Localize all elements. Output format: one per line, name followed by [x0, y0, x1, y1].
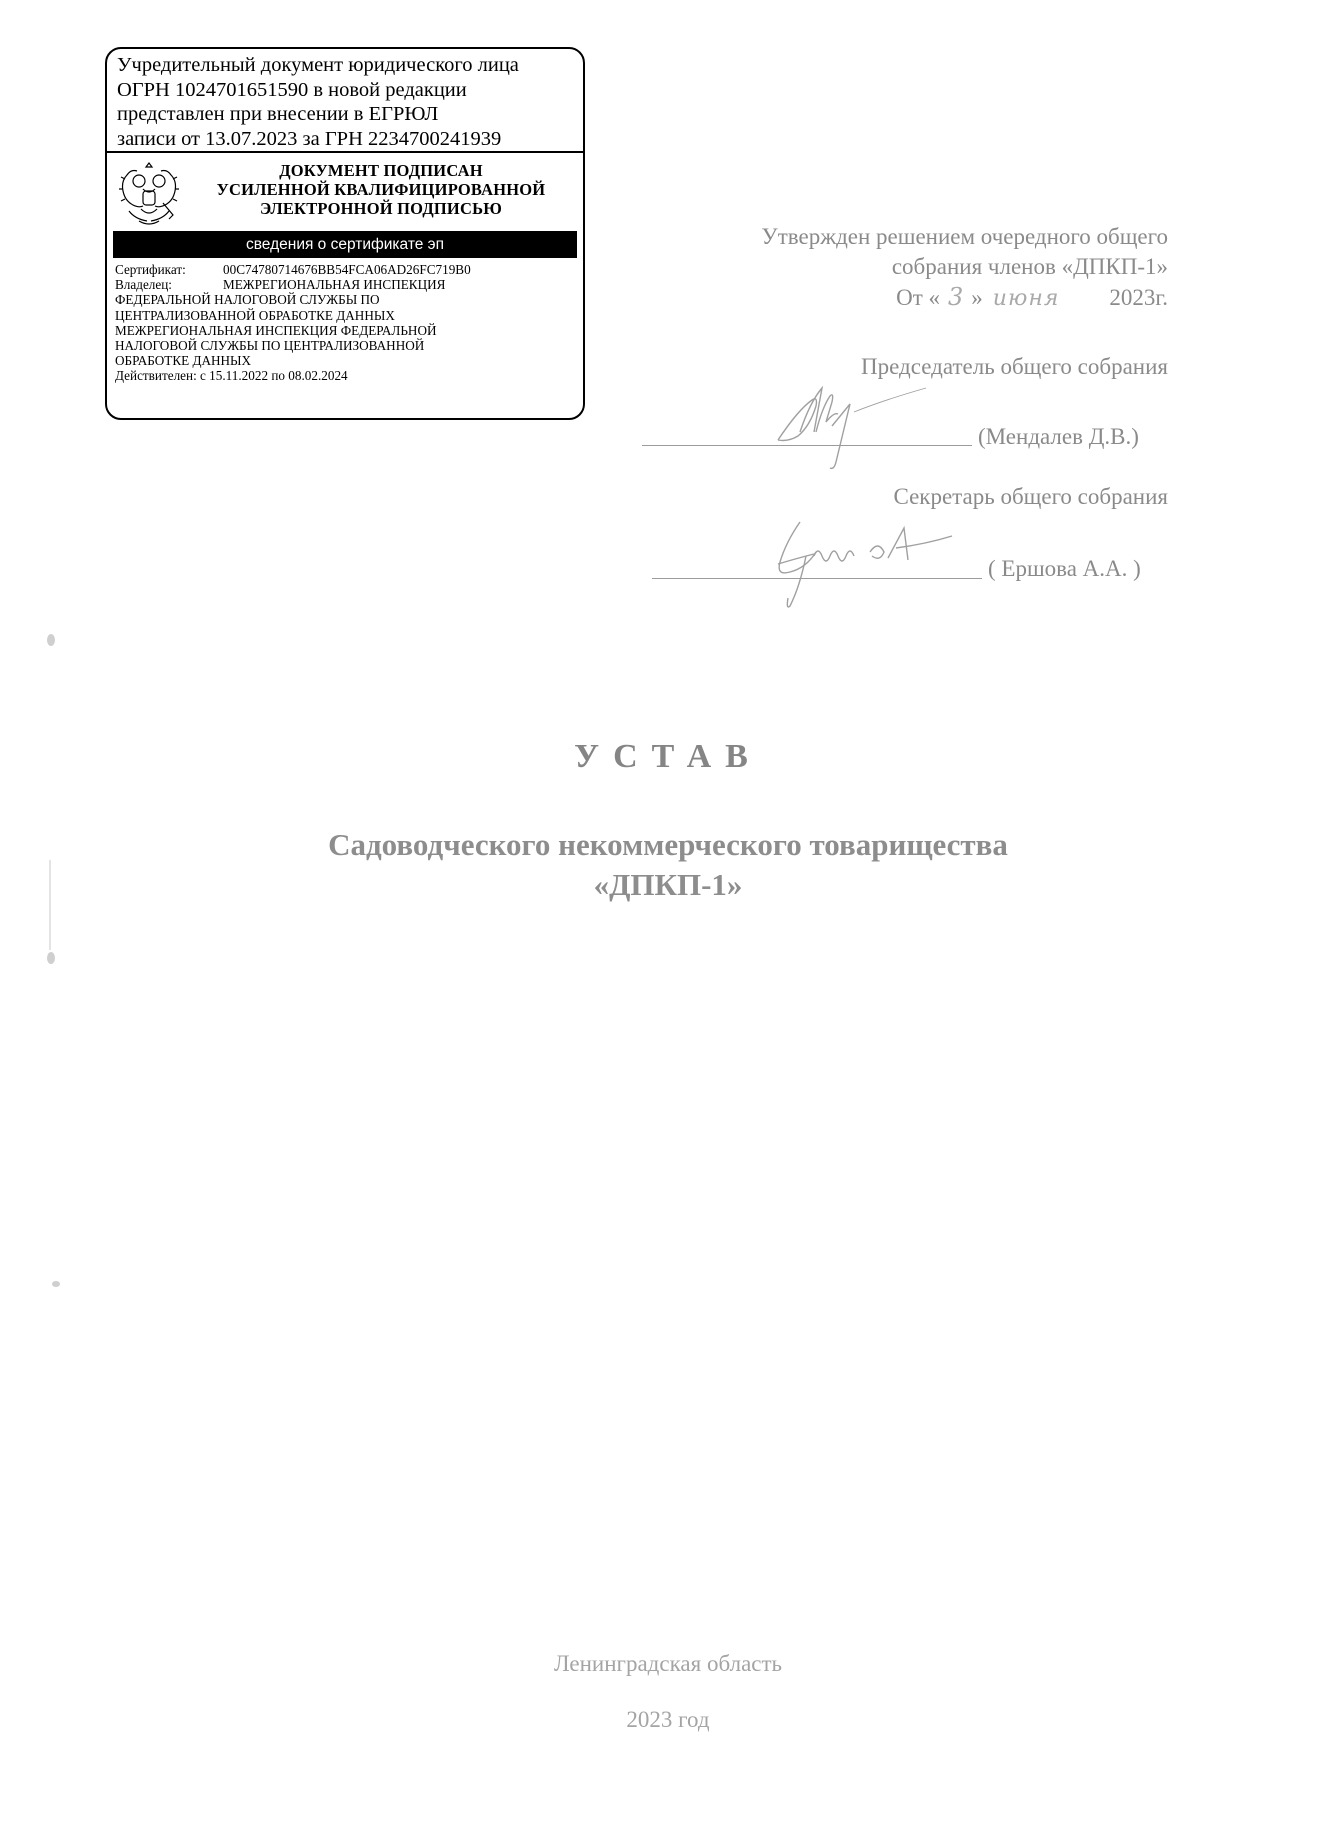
registration-line: записи от 13.07.2023 за ГРН 223470024193…	[117, 127, 575, 152]
signature-header: ДОКУМЕНТ ПОДПИСАН УСИЛЕННОЙ КВАЛИФИЦИРОВ…	[107, 153, 583, 231]
secretary-role: Секретарь общего собрания	[893, 484, 1168, 510]
certificate-details: Сертификат:00C74780714676BB54FCA06AD26FC…	[107, 258, 583, 384]
russian-coat-of-arms-icon	[115, 159, 183, 229]
chairman-role: Председатель общего собрания	[861, 354, 1168, 380]
secretary-name: ( Ершова А.А. )	[988, 556, 1141, 582]
approval-date: От «3»июня2023г.	[761, 282, 1168, 314]
document-subtitle: Садоводческого некоммерческого товарищес…	[0, 825, 1336, 905]
scan-speck	[52, 1281, 60, 1287]
scan-speck	[47, 952, 55, 964]
owner-label: Владелец:	[115, 277, 223, 292]
secretary-signature-icon	[770, 512, 980, 612]
certificate-value: 00C74780714676BB54FCA06AD26FC719B0	[223, 262, 471, 277]
approval-line: Утвержден решением очередного общего	[761, 222, 1168, 252]
approval-block: Утвержден решением очередного общего соб…	[761, 222, 1168, 314]
owner-line: ОБРАБОТКЕ ДАННЫХ	[115, 353, 575, 368]
document-title: УСТАВ	[0, 738, 1336, 776]
registration-stamp: Учредительный документ юридического лица…	[105, 47, 585, 420]
scan-speck	[49, 860, 51, 950]
certificate-band: сведения о сертификате эп	[113, 231, 577, 258]
handwritten-month: июня	[983, 286, 1110, 311]
owner-value: МЕЖРЕГИОНАЛЬНАЯ ИНСПЕКЦИЯ	[223, 277, 445, 292]
chairman-name: (Мендалев Д.В.)	[978, 424, 1139, 450]
secretary-signature-line	[652, 578, 982, 579]
approval-line: собрания членов «ДПКП-1»	[761, 252, 1168, 282]
owner-line: МЕЖРЕГИОНАЛЬНАЯ ИНСПЕКЦИЯ ФЕДЕРАЛЬНОЙ	[115, 323, 575, 338]
registration-line: ОГРН 1024701651590 в новой редакции	[117, 78, 575, 103]
owner-row: Владелец:МЕЖРЕГИОНАЛЬНАЯ ИНСПЕКЦИЯ	[115, 277, 575, 292]
registration-note: Учредительный документ юридического лица…	[107, 49, 583, 153]
handwritten-day: 3	[940, 283, 971, 311]
footer-place: Ленинградская область	[0, 1651, 1336, 1677]
registration-line: Учредительный документ юридического лица	[117, 53, 575, 78]
scan-speck	[47, 634, 55, 646]
owner-line: ФЕДЕРАЛЬНОЙ НАЛОГОВОЙ СЛУЖБЫ ПО	[115, 292, 575, 307]
owner-line: ЦЕНТРАЛИЗОВАННОЙ ОБРАБОТКЕ ДАННЫХ	[115, 308, 575, 323]
signed-title: ДОКУМЕНТ ПОДПИСАН УСИЛЕННОЙ КВАЛИФИЦИРОВ…	[185, 161, 577, 218]
approval-year: 2023г.	[1109, 285, 1168, 310]
owner-line: НАЛОГОВОЙ СЛУЖБЫ ПО ЦЕНТРАЛИЗОВАННОЙ	[115, 338, 575, 353]
footer-year: 2023 год	[0, 1707, 1336, 1733]
chairman-signature-icon	[770, 382, 940, 472]
certificate-row: Сертификат:00C74780714676BB54FCA06AD26FC…	[115, 262, 575, 277]
chairman-signature-line	[642, 445, 972, 446]
certificate-label: Сертификат:	[115, 262, 223, 277]
registration-line: представлен при внесении в ЕГРЮЛ	[117, 102, 575, 127]
validity-period: Действителен: с 15.11.2022 по 08.02.2024	[115, 368, 575, 383]
